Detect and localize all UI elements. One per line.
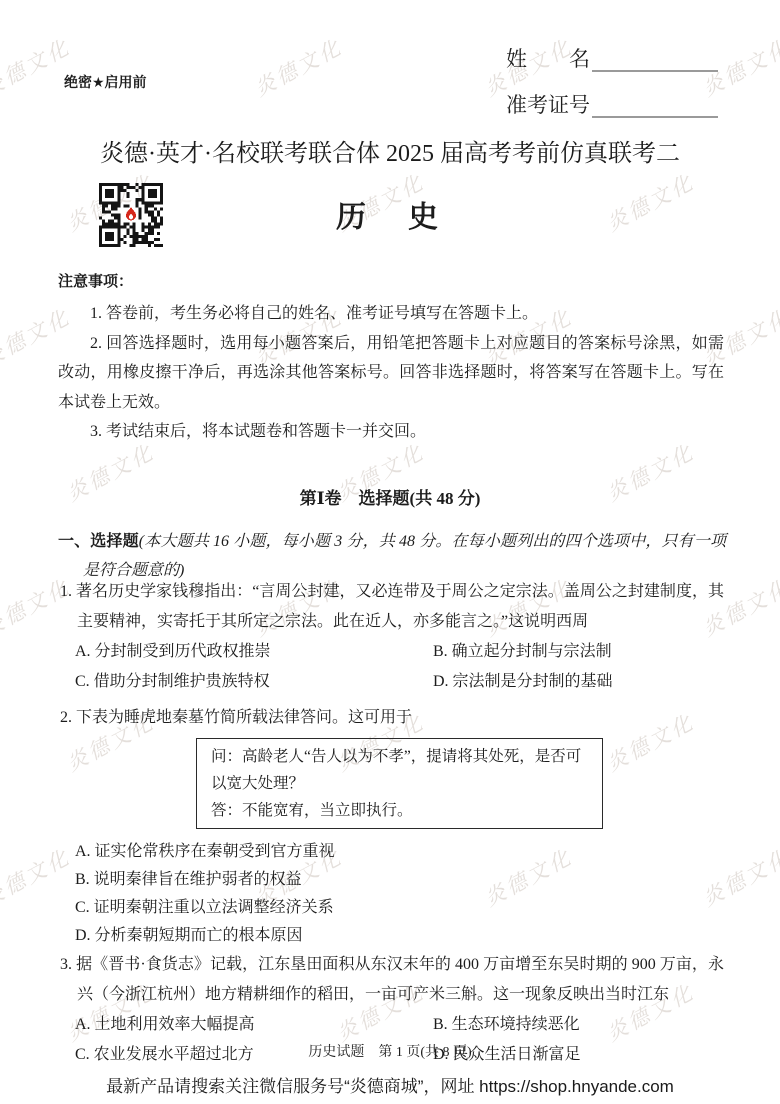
notice-item-2: 2. 回答选择题时，选用每小题答案后，用铅笔把答题卡上对应题目的答案标号涂黑，如… bbox=[58, 329, 724, 418]
exam-title: 炎德·英才·名校联考联合体 2025 届高考考前仿真联考二 bbox=[0, 133, 780, 168]
question-2-option-a: A. 证实伦常秩序在秦朝受到官方重视 bbox=[75, 838, 724, 866]
question-1-option-c: C. 借助分封制维护贵族特权 bbox=[75, 667, 433, 697]
ticket-blank-line bbox=[592, 94, 718, 118]
question-3-options: A. 土地利用效率大幅提高 B. 生态环境持续恶化 C. 农业发展水平超过北方 … bbox=[60, 1010, 724, 1070]
subject-title: 历 史 bbox=[0, 192, 780, 236]
question-1: 1. 著名历史学家钱穆指出：“言周公封建，又必连带及于周公之定宗法。盖周公之封建… bbox=[60, 577, 724, 697]
question-3-option-b: B. 生态环境持续恶化 bbox=[433, 1010, 724, 1040]
law-qa-answer-line: 答：不能宽宥，当立即执行。 bbox=[211, 797, 588, 824]
question-2-option-d: D. 分析秦朝短期而亡的根本原因 bbox=[75, 922, 724, 950]
questions-block: 1. 著名历史学家钱穆指出：“言周公封建，又必连带及于周公之定宗法。盖周公之封建… bbox=[60, 577, 724, 1070]
law-qa-question-line: 问：高龄老人“告人以为不孝”，提请将其处死，是否可以宽大处理？ bbox=[211, 743, 588, 797]
question-2-option-b: B. 说明秦律旨在维护弱者的权益 bbox=[75, 866, 724, 894]
question-3-option-a: A. 土地利用效率大幅提高 bbox=[75, 1010, 433, 1040]
question-2-options: A. 证实伦常秩序在秦朝受到官方重视 B. 说明秦律旨在维护弱者的权益 C. 证… bbox=[60, 838, 724, 950]
name-field-row: 姓 名 bbox=[506, 46, 718, 72]
law-qa-box: 问：高龄老人“告人以为不孝”，提请将其处死，是否可以宽大处理？ 答：不能宽宥，当… bbox=[196, 738, 603, 829]
question-1-option-d: D. 宗法制是分封制的基础 bbox=[433, 667, 724, 697]
notice-section: 注意事项： 1. 答卷前，考生务必将自己的姓名、准考证号填写在答题卡上。 2. … bbox=[58, 270, 724, 447]
notice-item-3: 3. 考试结束后，将本试题卷和答题卡一并交回。 bbox=[58, 417, 724, 447]
exam-paper-page: 炎德文化炎德文化炎德文化炎德文化炎德文化炎德文化炎德文化炎德文化炎德文化炎德文化… bbox=[0, 0, 780, 1104]
section-intro-detail: (本大题共 16 小题，每小题 3 分，共 48 分。在每小题列出的四个选项中，… bbox=[83, 533, 726, 579]
notice-heading: 注意事项： bbox=[58, 270, 724, 291]
question-1-stem: 1. 著名历史学家钱穆指出：“言周公封建，又必连带及于周公之定宗法。盖周公之封建… bbox=[60, 577, 724, 637]
notice-item-1: 1. 答卷前，考生务必将自己的姓名、准考证号填写在答题卡上。 bbox=[58, 299, 724, 329]
name-blank-line bbox=[592, 48, 718, 72]
ticket-label: 准考证号 bbox=[506, 92, 590, 118]
ticket-field-row: 准考证号 bbox=[506, 92, 718, 118]
name-label: 姓 名 bbox=[506, 46, 590, 72]
question-2-stem: 2. 下表为睡虎地秦墓竹简所载法律答问。这可用于 bbox=[60, 703, 724, 733]
secrecy-label: 绝密★启用前 bbox=[64, 72, 147, 92]
section-intro-title: 一、选择题 bbox=[58, 533, 139, 550]
page-number: 历史试题 第 1 页(共 8 页) bbox=[0, 1041, 780, 1061]
question-1-options: A. 分封制受到历代政权推崇 B. 确立起分封制与宗法制 C. 借助分封制维护贵… bbox=[60, 637, 724, 697]
promo-line: 最新产品请搜索关注微信服务号“炎德商城”，网址 https://shop.hny… bbox=[0, 1072, 780, 1097]
question-1-option-a: A. 分封制受到历代政权推崇 bbox=[75, 637, 433, 667]
question-2: 2. 下表为睡虎地秦墓竹简所载法律答问。这可用于 问：高龄老人“告人以为不孝”，… bbox=[60, 703, 724, 950]
question-2-option-c: C. 证明秦朝注重以立法调整经济关系 bbox=[75, 894, 724, 922]
part1-heading: 第Ⅰ卷 选择题(共 48 分) bbox=[0, 484, 780, 509]
question-1-option-b: B. 确立起分封制与宗法制 bbox=[433, 637, 724, 667]
question-3-stem: 3. 据《晋书·食货志》记载，江东垦田面积从东汉末年的 400 万亩增至东吴时期… bbox=[60, 950, 724, 1010]
